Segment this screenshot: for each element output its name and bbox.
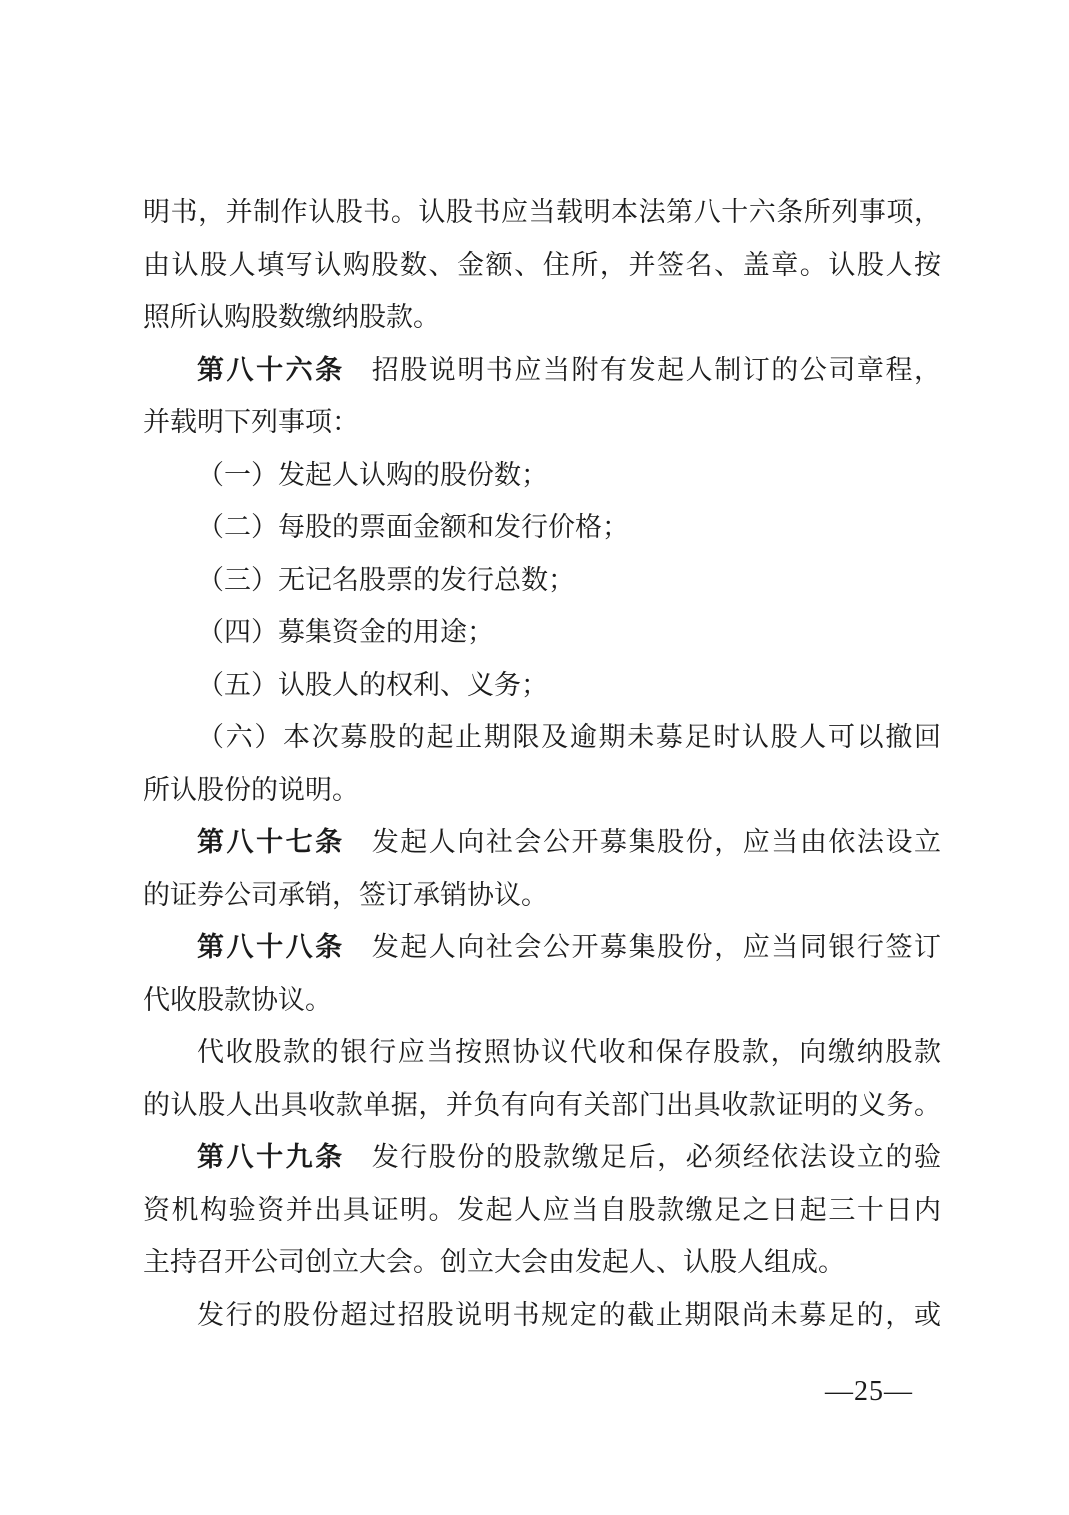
line-text: 主持召开公司创立大会。创立大会由发起人、认股人组成。 [143,1247,845,1277]
text-line: 第八十七条发起人向社会公开募集股份，应当由依法设立 [143,816,941,869]
text-line: 代收股款的银行应当按照协议代收和保存股款，向缴纳股款 [143,1026,941,1079]
text-line: 照所认购股数缴纳股款。 [143,291,941,344]
text-line: 明书，并制作认股书。认股书应当载明本法第八十六条所列事项， [143,186,941,239]
line-text: 发行的股份超过招股说明书规定的截止期限尚未募足的，或 [197,1300,941,1330]
text-line: （二）每股的票面金额和发行价格； [143,501,941,554]
line-text: 代收股款的银行应当按照协议代收和保存股款，向缴纳股款 [197,1037,941,1067]
line-text: （四）募集资金的用途； [197,617,494,647]
line-text: （六）本次募股的起止期限及逾期未募足时认股人可以撤回 [197,722,941,752]
text-line: （三）无记名股票的发行总数； [143,554,941,607]
text-line: 第八十八条发起人向社会公开募集股份，应当同银行签订 [143,921,941,974]
text-line: 的认股人出具收款单据，并负有向有关部门出具收款证明的义务。 [143,1079,941,1132]
article-number: 第八十六条 [197,355,345,385]
text-line: 第八十六条招股说明书应当附有发起人制订的公司章程， [143,344,941,397]
article-number: 第八十七条 [197,827,345,857]
line-text: 招股说明书应当附有发起人制订的公司章程， [372,355,941,385]
line-text: 明书，并制作认股书。认股书应当载明本法第八十六条所列事项， [143,197,941,227]
text-line: 代收股款协议。 [143,974,941,1027]
text-line: 的证券公司承销，签订承销协议。 [143,869,941,922]
text-block: 明书，并制作认股书。认股书应当载明本法第八十六条所列事项， 由认股人填写认购股数… [143,186,941,1341]
line-text: 的证券公司承销，签订承销协议。 [143,880,548,910]
article-number: 第八十九条 [197,1142,345,1172]
text-line: 并载明下列事项： [143,396,941,449]
line-text: 并载明下列事项： [143,407,359,437]
line-text: 由认股人填写认购股数、金额、住所，并签名、盖章。认股人按 [143,250,941,280]
line-text: 所认股份的说明。 [143,775,359,805]
text-line: 所认股份的说明。 [143,764,941,817]
text-line: 发行的股份超过招股说明书规定的截止期限尚未募足的，或 [143,1289,941,1342]
text-line: 主持召开公司创立大会。创立大会由发起人、认股人组成。 [143,1236,941,1289]
text-line: （一）发起人认购的股份数； [143,449,941,502]
article-number: 第八十八条 [197,932,345,962]
line-text: 照所认购股数缴纳股款。 [143,302,440,332]
document-page: 明书，并制作认股书。认股书应当载明本法第八十六条所列事项， 由认股人填写认购股数… [0,0,1069,1515]
line-text: 的认股人出具收款单据，并负有向有关部门出具收款证明的义务。 [143,1090,941,1120]
text-line: （六）本次募股的起止期限及逾期未募足时认股人可以撤回 [143,711,941,764]
text-line: （四）募集资金的用途； [143,606,941,659]
line-text: （二）每股的票面金额和发行价格； [197,512,629,542]
page-number: —25— [825,1376,913,1408]
text-line: 由认股人填写认购股数、金额、住所，并签名、盖章。认股人按 [143,239,941,292]
line-text: （五）认股人的权利、义务； [197,670,548,700]
text-line: 第八十九条发行股份的股款缴足后，必须经依法设立的验 [143,1131,941,1184]
line-text: 资机构验资并出具证明。发起人应当自股款缴足之日起三十日内 [143,1195,941,1225]
line-text: （三）无记名股票的发行总数； [197,565,575,595]
line-text: 发起人向社会公开募集股份，应当由依法设立 [372,827,941,857]
line-text: 代收股款协议。 [143,985,332,1015]
line-text: 发行股份的股款缴足后，必须经依法设立的验 [372,1142,941,1172]
text-line: （五）认股人的权利、义务； [143,659,941,712]
line-text: 发起人向社会公开募集股份，应当同银行签订 [372,932,941,962]
text-line: 资机构验资并出具证明。发起人应当自股款缴足之日起三十日内 [143,1184,941,1237]
line-text: （一）发起人认购的股份数； [197,460,548,490]
